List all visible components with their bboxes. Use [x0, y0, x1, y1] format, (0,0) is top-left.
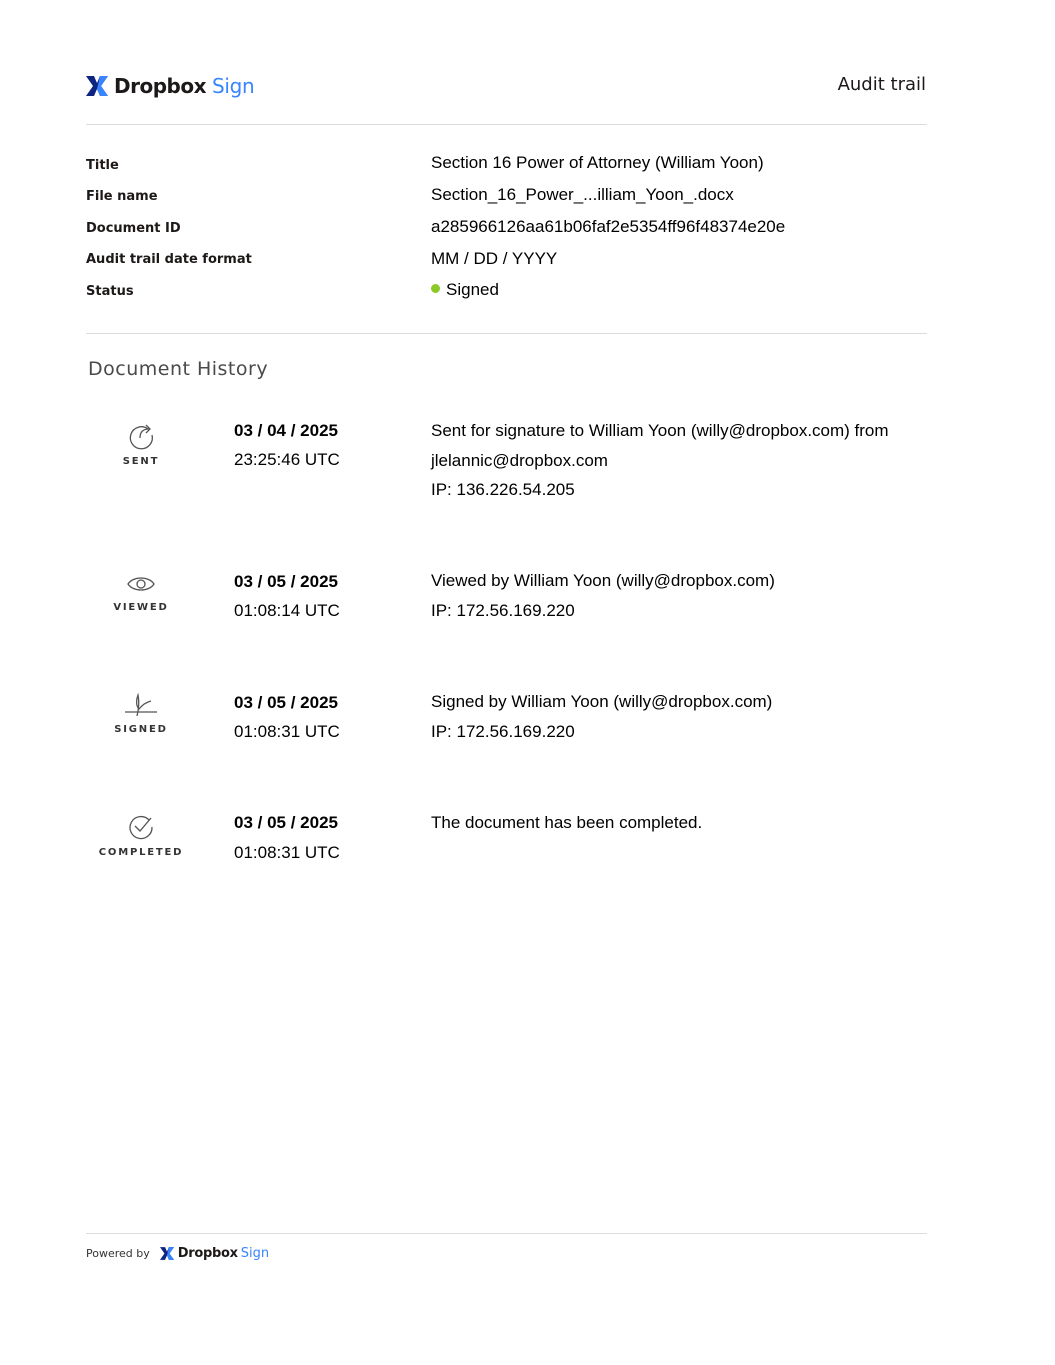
eye-icon — [125, 572, 157, 596]
history-event-viewed: VIEWED — [110, 572, 172, 613]
signature-icon — [123, 692, 159, 718]
event-description: Signed by William Yoon (willy@dropbox.co… — [431, 687, 931, 746]
meta-label-date-format: Audit trail date format — [86, 252, 252, 267]
meta-divider — [86, 333, 927, 334]
event-line: Signed by William Yoon (willy@dropbox.co… — [431, 687, 931, 717]
meta-value-title: Section 16 Power of Attorney (William Yo… — [431, 153, 764, 173]
sent-icon — [126, 420, 156, 450]
event-date: 03 / 05 / 2025 — [234, 813, 338, 833]
section-title-document-history: Document History — [88, 358, 268, 380]
event-time: 01:08:31 UTC — [234, 843, 340, 863]
meta-label-document-id: Document ID — [86, 221, 181, 236]
meta-label-file-name: File name — [86, 189, 158, 204]
footer: Powered by Dropbox Sign — [86, 1246, 269, 1261]
event-date: 03 / 04 / 2025 — [234, 421, 338, 441]
event-label: VIEWED — [113, 602, 168, 613]
event-time: 01:08:14 UTC — [234, 601, 340, 621]
check-circle-icon — [127, 813, 155, 841]
event-line: IP: 172.56.169.220 — [431, 596, 931, 626]
footer-divider — [86, 1233, 927, 1234]
event-time: 23:25:46 UTC — [234, 450, 340, 470]
event-line: IP: 172.56.169.220 — [431, 717, 931, 747]
event-time: 01:08:31 UTC — [234, 722, 340, 742]
page-title: Audit trail — [838, 74, 926, 95]
header-divider — [86, 124, 927, 125]
history-event-signed: SIGNED — [110, 692, 172, 735]
dropbox-sign-logo: Dropbox Sign — [86, 74, 254, 98]
brand-name-secondary: Sign — [212, 74, 254, 98]
event-line: jlelannic@dropbox.com — [431, 446, 931, 476]
dropbox-sign-x-icon — [160, 1247, 174, 1260]
event-description: Sent for signature to William Yoon (will… — [431, 416, 931, 505]
event-line: Viewed by William Yoon (willy@dropbox.co… — [431, 566, 931, 596]
history-event-sent: SENT — [110, 420, 172, 467]
event-label: COMPLETED — [99, 847, 183, 858]
powered-by-text: Powered by — [86, 1247, 150, 1260]
status-text: Signed — [446, 280, 499, 299]
event-date: 03 / 05 / 2025 — [234, 693, 338, 713]
event-line: IP: 136.226.54.205 — [431, 475, 931, 505]
meta-value-document-id: a285966126aa61b06faf2e5354ff96f48374e20e — [431, 217, 785, 237]
meta-value-file-name: Section_16_Power_...illiam_Yoon_.docx — [431, 185, 734, 205]
status-badge: Signed — [431, 280, 499, 300]
meta-label-status: Status — [86, 284, 134, 299]
event-label: SENT — [123, 456, 159, 467]
event-line: Sent for signature to William Yoon (will… — [431, 416, 931, 446]
footer-brand-secondary: Sign — [241, 1246, 269, 1261]
event-label: SIGNED — [114, 724, 167, 735]
meta-label-title: Title — [86, 158, 119, 173]
footer-brand-primary: Dropbox — [178, 1246, 238, 1261]
history-event-completed: COMPLETED — [110, 813, 172, 858]
status-dot-icon — [431, 284, 440, 293]
event-description: The document has been completed. — [431, 808, 931, 838]
meta-value-date-format: MM / DD / YYYY — [431, 249, 557, 269]
event-description: Viewed by William Yoon (willy@dropbox.co… — [431, 566, 931, 625]
event-date: 03 / 05 / 2025 — [234, 572, 338, 592]
event-line: The document has been completed. — [431, 808, 931, 838]
brand-name-primary: Dropbox — [114, 74, 206, 98]
dropbox-sign-x-icon — [86, 76, 108, 96]
